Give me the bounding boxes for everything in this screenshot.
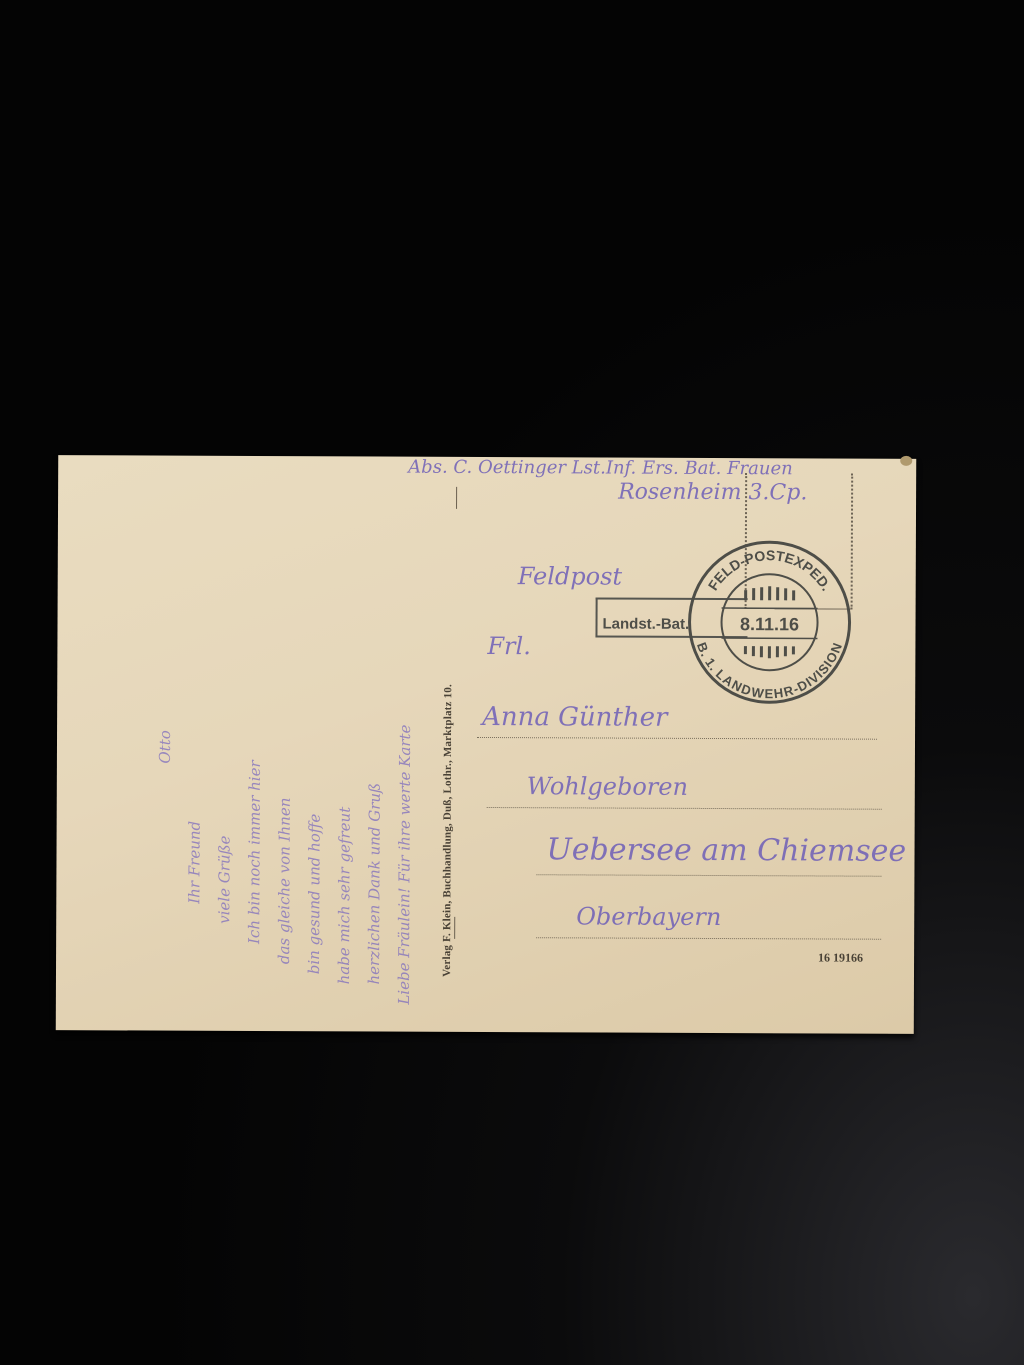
address-region: Oberbayern (576, 902, 721, 931)
message-line: Otto (152, 464, 179, 764)
message-line: Ihr Freund (181, 464, 209, 904)
message-line: habe mich sehr gefreut (331, 464, 359, 984)
message-line: das gleiche von Ihnen (271, 464, 299, 964)
publisher-imprint: Verlag F. Klein, Buchhandlung, Duß, Loth… (441, 557, 461, 977)
address-line-4 (536, 937, 881, 940)
field-post-postmark: FELD-POSTEXPED. B. 1. LANDWEHR-DIVISION … (685, 538, 854, 707)
sender-line-1: Abs. C. Oettinger Lst.Inf. Ers. Bat. Fra… (408, 457, 793, 480)
svg-text:8.11.16: 8.11.16 (740, 614, 799, 634)
postcard: Verlag F. Klein, Buchhandlung, Duß, Loth… (56, 455, 917, 1034)
message-line: bin gesund und hoffe (301, 464, 329, 974)
address-town: Uebersee am Chiemsee (546, 832, 906, 869)
address-line-2 (487, 807, 882, 810)
unit-cancel-stamp: Landst.-Bat. (602, 616, 689, 633)
address-name: Anna Günther (482, 702, 667, 733)
card-number: 16 19166 (818, 950, 863, 965)
address-line-3 (536, 874, 881, 877)
message-line: Ich bin noch immer hier (241, 464, 269, 944)
address-feldpost: Feldpost (518, 562, 622, 590)
message-line: viele Grüße (211, 464, 239, 924)
card-corner-wear (900, 456, 912, 466)
sender-line-2: Rosenheim 3.Cp. (618, 480, 807, 506)
address-honorific: Wohlgeboren (527, 772, 688, 801)
divider-tick-top (456, 487, 457, 509)
address-line-1 (477, 737, 877, 740)
address-title: Frl. (487, 632, 531, 660)
message-line: Liebe Fräulein! Für ihre werte Karte (391, 465, 419, 1005)
message-line: herzlichen Dank und Gruß (361, 464, 389, 984)
